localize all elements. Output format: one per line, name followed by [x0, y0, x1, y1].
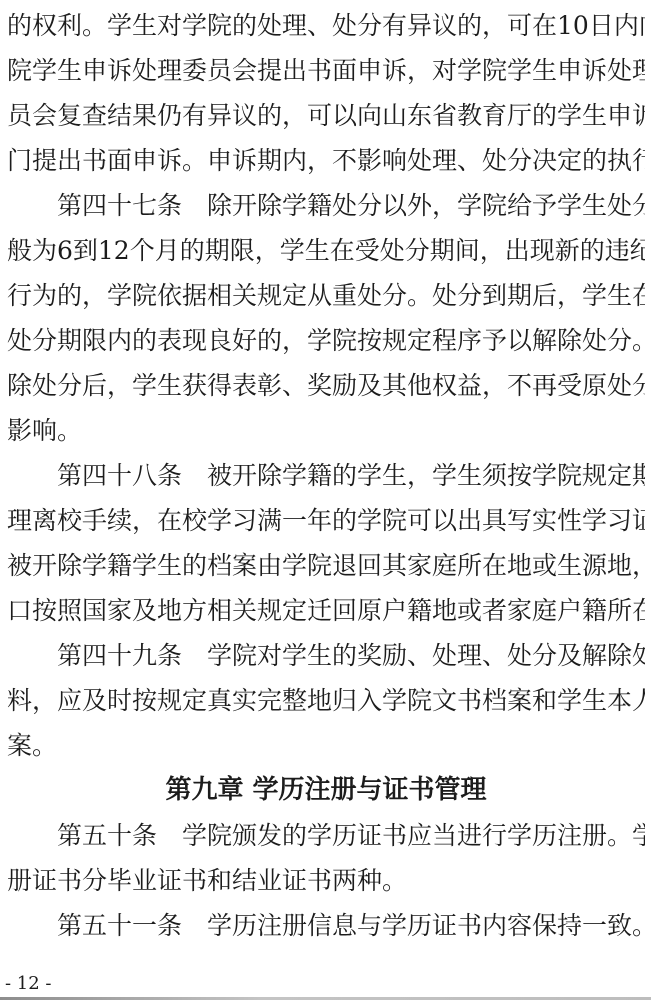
text-line: 影响。 [7, 408, 645, 453]
text-line: 员会复查结果仍有异议的，可以向山东省教育厅的学生申诉部 [7, 93, 645, 138]
text-line: 除处分后，学生获得表彰、奖励及其他权益，不再受原处分的 [7, 363, 645, 408]
chapter-heading: 第九章 学历注册与证书管理 [7, 768, 645, 813]
text-line: 行为的，学院依据相关规定从重处分。处分到期后，学生在受 [7, 273, 645, 318]
document-page: 的权利。学生对学院的处理、处分有异议的，可在10日内向学 院学生申诉处理委员会提… [0, 0, 651, 1000]
text-line: 院学生申诉处理委员会提出书面申诉，对学院学生申诉处理委 [7, 48, 645, 93]
text-line-article-50: 第五十条 学院颁发的学历证书应当进行学历注册。学历注 [7, 813, 645, 858]
text-line: 的权利。学生对学院的处理、处分有异议的，可在10日内向学 [7, 3, 645, 48]
text-line: 口按照国家及地方相关规定迁回原户籍地或者家庭户籍所在地。 [7, 588, 645, 633]
text-line-article-49: 第四十九条 学院对学生的奖励、处理、处分及解除处分材 [7, 633, 645, 678]
text-line-article-51: 第五十一条 学历注册信息与学历证书内容保持一致。学历 [7, 903, 645, 948]
text-line-article-47: 第四十七条 除开除学籍处分以外，学院给予学生处分一 [7, 183, 645, 228]
text-line: 门提出书面申诉。申诉期内，不影响处理、处分决定的执行。 [7, 138, 645, 183]
document-text-block: 的权利。学生对学院的处理、处分有异议的，可在10日内向学 院学生申诉处理委员会提… [7, 3, 645, 948]
text-line: 案。 [7, 723, 645, 768]
text-line: 被开除学籍学生的档案由学院退回其家庭所在地或生源地，户 [7, 543, 645, 588]
text-line-article-48: 第四十八条 被开除学籍的学生，学生须按学院规定期限办 [7, 453, 645, 498]
text-line: 般为6到12个月的期限，学生在受处分期间，出现新的违纪违规 [7, 228, 645, 273]
text-line: 料，应及时按规定真实完整地归入学院文书档案和学生本人档 [7, 678, 645, 723]
text-line: 册证书分毕业证书和结业证书两种。 [7, 858, 645, 903]
text-line: 处分期限内的表现良好的，学院按规定程序予以解除处分。解 [7, 318, 645, 363]
page-number: - 12 - [5, 974, 52, 994]
text-line: 理离校手续，在校学习满一年的学院可以出具写实性学习证明； [7, 498, 645, 543]
